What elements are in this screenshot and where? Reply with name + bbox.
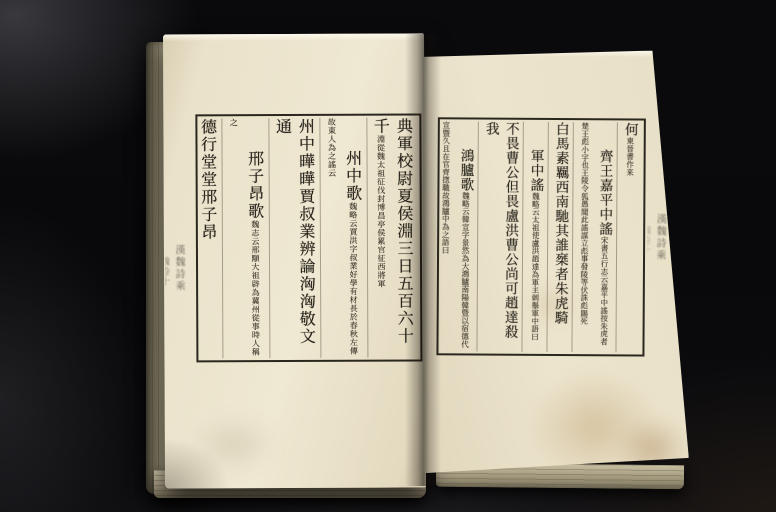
page-corner-shadow (165, 418, 255, 488)
text-column: 軍中謠魏略云太祖使盧洪趙達為軍主刺舉軍中語曰 (521, 122, 547, 352)
text-column: 典軍校尉夏侯淵三日五百六十千淵從魏太祖征伐封博昌亭侯累官征西將軍 (366, 117, 418, 357)
banxin-title: 漢魏詩乘 (171, 244, 186, 292)
left-page: 漢魏詩乘 魏卷十 卅一 典軍校尉夏侯淵三日五百六十千淵從魏太祖征伐封博昌亭侯累官… (163, 33, 426, 488)
book: 漢魏詩乘 魏卷十 卅一 典軍校尉夏侯淵三日五百六十千淵從魏太祖征伐封博昌亭侯累官… (0, 0, 776, 512)
text-column: 邢子昂歌魏志云邢顒大祖辟為冀州從事時人稱之 (221, 118, 269, 358)
song-text: 德行堂堂邢子昂 (198, 118, 218, 241)
song-text: 州中曄曄賈叔業辨論洶洶敬文通 (273, 118, 316, 346)
annotation-text: 淵從魏太祖征伐封博昌亭侯累官征西將軍 (376, 135, 386, 288)
song-text: 齊王嘉平中謠 (596, 149, 613, 236)
page-edge-highlight (423, 49, 691, 58)
text-column: 鴻臚歌魏略云韓宣字景然為大鴻臚南陽韓暨以宿德代宣暨久且在官齊揔職故鴻臚中為之語曰 (436, 121, 477, 351)
text-column: 德行堂堂邢子昂 (195, 118, 222, 358)
banxin-title: 漢魏詩乘 (652, 214, 668, 262)
volume-label: 魏卷十 (645, 225, 652, 255)
song-text: 白馬素羈西南馳其誰椉者朱虎騎 (552, 122, 569, 325)
song-text: 軍中謠 (527, 149, 543, 193)
text-column: 何東晉書作来 (615, 122, 641, 352)
volume-label: 魏卷十 (164, 257, 171, 287)
text-column: 州中曄曄賈叔業辨論洶洶敬文通 (268, 118, 320, 358)
song-text: 不畏曹公但畏盧洪曹公尚可趙達殺我 (483, 122, 519, 340)
text-column: 齊王嘉平中謠宋書五行志云嘉平中謠按朱虎者楚王彪小字也王陵令狐愚聞此謠謀立彪事發陵… (571, 122, 616, 352)
song-text: 鴻臚歌 (457, 148, 473, 192)
song-text: 何 (622, 122, 638, 137)
annotation-text: 東晉書作来 (626, 137, 635, 176)
page-edge-highlight (163, 33, 424, 41)
text-column: 白馬素羈西南馳其誰椉者朱虎騎 (546, 122, 572, 352)
photo-background: 漢魏詩乘 魏卷十 卅一 典軍校尉夏侯淵三日五百六十千淵從魏太祖征伐封博昌亭侯累官… (0, 0, 776, 512)
annotation-text: 魏略云太祖使盧洪趙達為軍主刺舉軍中語曰 (531, 192, 541, 340)
song-text: 邢子昂歌 (246, 150, 265, 220)
text-column: 不畏曹公但畏盧洪曹公尚可趙達殺我 (476, 122, 522, 352)
text-column: 州中歌魏略云賈洪字叔業好學有材長於春秋左傳故東人為之謠云 (319, 118, 367, 358)
song-text: 州中歌 (344, 150, 363, 203)
right-page-frame: 何東晉書作来齊王嘉平中謠宋書五行志云嘉平中謠按朱虎者楚王彪小字也王陵令狐愚聞此謠… (436, 117, 645, 356)
banxin-right: 漢魏詩乘 魏卷十 (645, 112, 669, 362)
left-page-frame: 典軍校尉夏侯淵三日五百六十千淵從魏太祖征伐封博昌亭侯累官征西將軍州中歌魏略云賈洪… (195, 113, 422, 362)
right-page: 漢魏詩乘 魏卷十 何東晉書作来齊王嘉平中謠宋書五行志云嘉平中謠按朱虎者楚王彪小字… (421, 49, 692, 475)
banxin-left: 漢魏詩乘 魏卷十 卅一 (164, 118, 186, 418)
